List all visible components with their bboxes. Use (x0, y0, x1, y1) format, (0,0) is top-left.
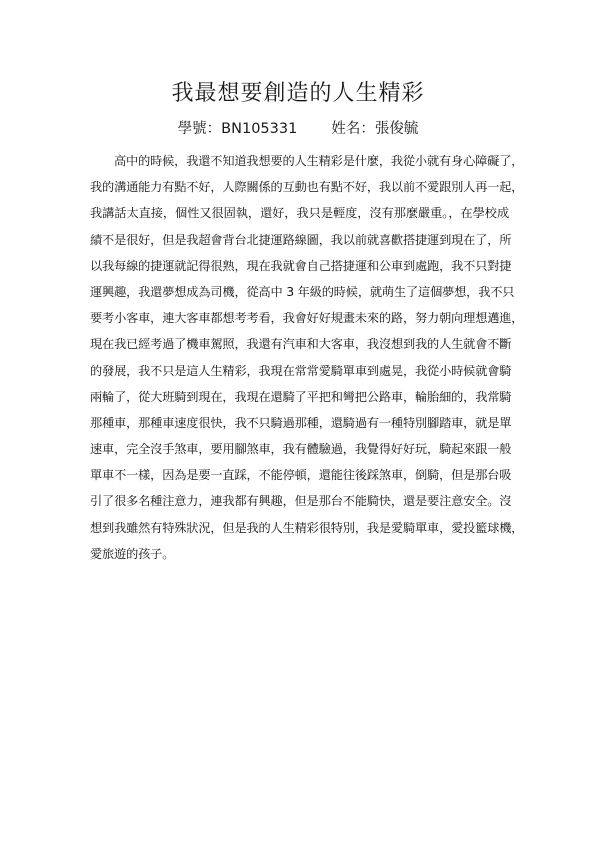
essay-line: 績不是很好，但是我超會背台北捷運路線圖，我以前就喜歡搭捷運到現在了，所 (90, 227, 509, 253)
essay-line: 運興趣，我還夢想成為司機，從高中 3 年級的時候，就萌生了這個夢想，我不只 (90, 279, 509, 305)
essay-line: 那種車，那種車速度很快，我不只騎過那種，還騎過有一種特別腳踏車，就是單 (90, 410, 509, 436)
document-page: 我最想要創造的人生精彩 學號：BN105331姓名：張俊毓 高中的時候，我還不知… (0, 0, 596, 843)
essay-line: 我講話太直接，個性又很固執，還好，我只是輕度，沒有那麼嚴重。，在學校成 (90, 200, 509, 226)
student-id: 學號：BN105331 (178, 121, 298, 137)
essay-line: 現在我已經考過了機車駕照，我還有汽車和大客車，我沒想到我的人生就會不斷 (90, 331, 509, 357)
essay-body: 高中的時候，我還不知道我想要的人生精彩是什麼，我從小就有身心障礙了， 我的溝通能… (90, 148, 509, 567)
essay-line: 兩輪了，從大班騎到現在，我現在還騎了平把和彎把公路車，輪胎細的，我常騎 (90, 384, 509, 410)
essay-line: 單車不一樣，因為是要一直踩，不能停頓，還能往後踩煞車，倒騎，但是那台吸 (90, 462, 509, 488)
essay-line: 我的溝通能力有點不好，人際關係的互動也有點不好，我以前不愛跟別人再一起， (90, 174, 509, 200)
essay-line: 想到我雖然有特殊狀況，但是我的人生精彩很特別，我是愛騎單車，愛投籃球機， (90, 515, 509, 541)
essay-line: 以我每線的捷運就記得很熟，現在我就會自己搭捷運和公車到處跑，我不只對捷 (90, 253, 509, 279)
essay-line: 的發展，我不只是這人生精彩，我現在常常愛騎單車到處晃，我從小時候就會騎 (90, 358, 509, 384)
author-info: 學號：BN105331姓名：張俊毓 (0, 117, 596, 138)
document-title: 我最想要創造的人生精彩 (0, 76, 596, 107)
essay-line: 引了很多名種注意力，連我都有興趣，但是那台不能騎快，還是要注意安全。沒 (90, 488, 509, 514)
essay-line: 速車，完全沒手煞車，要用腳煞車，我有體驗過，我覺得好好玩，騎起來跟一般 (90, 436, 509, 462)
essay-line: 高中的時候，我還不知道我想要的人生精彩是什麼，我從小就有身心障礙了， (90, 148, 509, 174)
student-name: 姓名：張俊毓 (331, 121, 418, 137)
essay-line: 要考小客車，連大客車都想考考看，我會好好規畫未來的路，努力朝向理想邁進， (90, 305, 509, 331)
essay-line: 愛旅遊的孩子。 (90, 541, 509, 567)
